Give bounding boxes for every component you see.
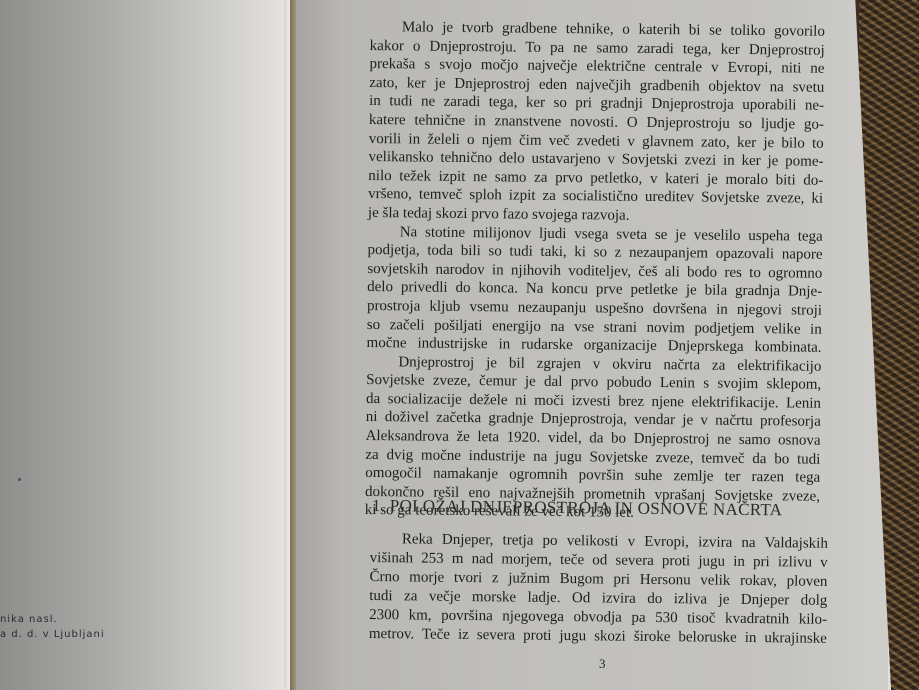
printer-imprint: nika nasl. a d. d. v Ljubljani xyxy=(0,612,105,642)
section-body-text: Reka Dnjeper, tretja po velikosti v Evro… xyxy=(369,530,828,649)
paragraph: Malo je tvorb gradbene tehnike, o kateri… xyxy=(368,18,825,227)
imprint-line: a d. d. v Ljubljani xyxy=(0,627,105,642)
paragraph: Na stotine milijonov ljudi vsega sveta s… xyxy=(366,223,822,358)
left-page: nika nasl. a d. d. v Ljubljani xyxy=(0,0,290,690)
page-number: 3 xyxy=(599,656,606,672)
page-speck xyxy=(18,478,21,481)
imprint-line: nika nasl. xyxy=(0,612,105,627)
body-text: Malo je tvorb gradbene tehnike, o kateri… xyxy=(365,18,825,525)
